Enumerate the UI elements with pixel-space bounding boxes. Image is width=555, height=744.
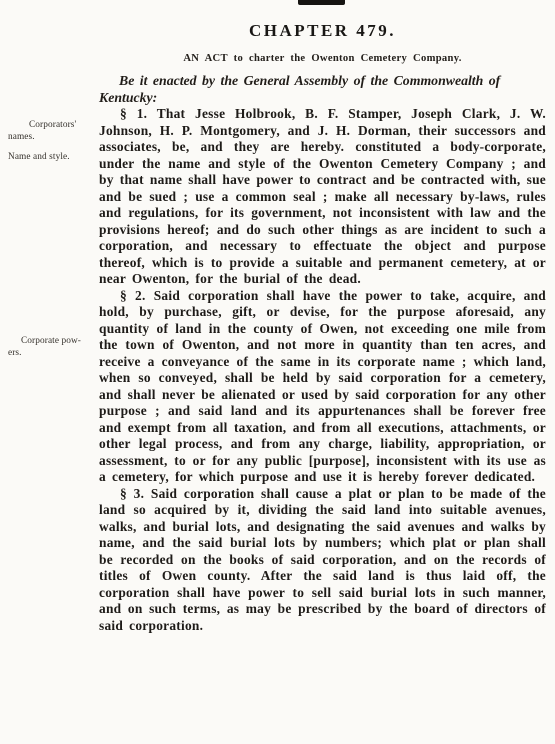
text-column: CHAPTER 479. AN ACT to charter the Owent… — [99, 0, 546, 634]
margin-note-name-and-style: Name and style. — [8, 152, 100, 164]
margin-note-line: Name and style. — [8, 152, 100, 164]
margin-note-line: names. — [8, 132, 100, 144]
section-2-paragraph: § 2. Said corporation shall have the pow… — [99, 288, 546, 486]
scanned-document-page: Corporators' names. Name and style. Corp… — [0, 0, 555, 744]
enacting-clause: Be it enacted by the General Assembly of… — [99, 73, 546, 106]
chapter-heading: CHAPTER 479. — [99, 21, 546, 41]
margin-notes-gutter: Corporators' names. Name and style. Corp… — [8, 0, 100, 744]
section-1-paragraph: § 1. That Jesse Holbrook, B. F. Stamper,… — [99, 106, 546, 288]
margin-note-corporate-powers: Corporate pow- ers. — [8, 336, 100, 359]
margin-note-line: Corporators' — [8, 120, 100, 132]
margin-note-line: Corporate pow- — [8, 336, 100, 348]
margin-note-corporators-names: Corporators' names. — [8, 120, 100, 143]
section-3-paragraph: § 3. Said corporation shall cause a plat… — [99, 486, 546, 635]
margin-note-line: ers. — [8, 348, 100, 360]
act-title: AN ACT to charter the Owenton Cemetery C… — [99, 53, 546, 64]
